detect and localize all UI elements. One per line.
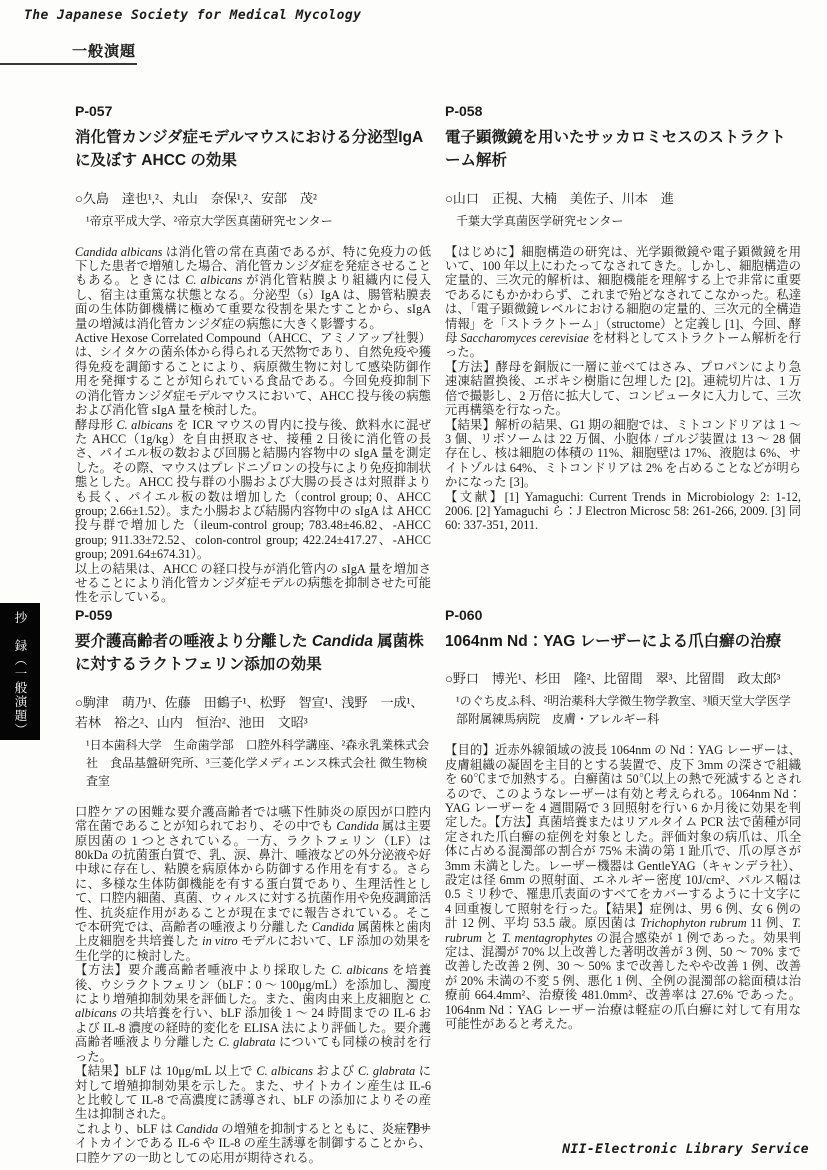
paragraph: 【文献】[1] Yamaguchi: Current Trends in Mic… [445, 490, 801, 533]
abstract-affiliation: ¹日本歯科大学 生命歯学部 口腔外科学講座、²森永乳業株式会社 食品基盤研究所、… [86, 736, 431, 790]
abstract-authors: ○駒津 萌乃¹、佐藤 田鶴子¹、松野 智宣¹、浅野 一成¹、若林 裕之²、山内 … [75, 693, 431, 733]
abstract-affiliation: 千葉大学真菌医学研究センター [456, 212, 801, 230]
abstract-body: Candida albicans は消化管の常在真菌であるが、特に免疫力の低下し… [75, 245, 431, 605]
paragraph: Candida albicans は消化管の常在真菌であるが、特に免疫力の低下し… [75, 245, 431, 331]
abstract-affiliation: ¹帝京平成大学、²帝京大学医真菌研究センター [86, 212, 431, 230]
abstract-p058: P-058 電子顕微鏡を用いたサッカロミセスのストラクトーム解析 ○山口 正視、… [445, 103, 801, 607]
abstract-body: 【はじめに】細胞構造の研究は、光学顕微鏡や電子顕微鏡を用いて、100 年以上にわ… [445, 245, 801, 533]
abstract-title: 消化管カンジダ症モデルマウスにおける分泌型IgA に及ぼす AHCC の効果 [75, 126, 431, 173]
abstract-title: 1064nm Nd：YAG レーザーによる爪白癬の治療 [445, 630, 801, 653]
sidebar-section-tab: 抄 録（一般演題） [0, 603, 40, 740]
running-title: The Japanese Society for Medical Mycolog… [24, 8, 361, 23]
paragraph: 【目的】近赤外線領域の波長 1064nm の Nd：YAG レーザーは、皮膚組織… [445, 743, 801, 1031]
abstract-authors: ○久島 達也¹,²、丸山 奈保¹,²、安部 茂² [75, 189, 431, 209]
abstract-id: P-057 [75, 103, 431, 119]
abstract-id: P-058 [445, 103, 801, 119]
paragraph: 【はじめに】細胞構造の研究は、光学顕微鏡や電子顕微鏡を用いて、100 年以上にわ… [445, 245, 801, 360]
paragraph: 口腔ケアの困難な要介護高齢者では嚥下性肺炎の原因が口腔内常在菌であることが知られ… [75, 805, 431, 963]
abstract-p057: P-057 消化管カンジダ症モデルマウスにおける分泌型IgA に及ぼす AHCC… [75, 103, 431, 607]
section-divider: 一般演題 [0, 42, 137, 65]
paragraph: 【方法】酵母を銅版に一層に並べてはさみ、プロパンにより急速凍結置換後、エポキシ樹… [445, 360, 801, 418]
abstract-grid: P-057 消化管カンジダ症モデルマウスにおける分泌型IgA に及ぼす AHCC… [75, 103, 801, 1165]
paragraph: 【方法】要介護高齢者唾液中より採取した C. albicans を培養後、ウシラ… [75, 963, 431, 1064]
paragraph: 以上の結果は、AHCC の経口投与が消化管内の sIgA 量を増加させることによ… [75, 562, 431, 605]
page-number: – 78 – [0, 1120, 827, 1136]
paragraph: 【結果】bLF は 10μg/mL 以上で C. albicans および C.… [75, 1064, 431, 1122]
section-label: 一般演題 [72, 40, 136, 61]
abstract-affiliation: ¹のぐち皮ふ科、²明治薬科大学微生物学教室、³順天堂大学医学部附属練馬病院 皮膚… [456, 692, 801, 728]
abstract-p060: P-060 1064nm Nd：YAG レーザーによる爪白癬の治療 ○野口 博光… [445, 607, 801, 1165]
document-page: The Japanese Society for Medical Mycolog… [0, 0, 827, 1170]
abstract-title: 要介護高齢者の唾液より分離した Candida 属菌株に対するラクトフェリン添加… [75, 630, 431, 677]
abstract-title: 電子顕微鏡を用いたサッカロミセスのストラクトーム解析 [445, 126, 801, 173]
paragraph: 【結果】解析の結果、G1 期の細胞では、ミトコンドリアは 1 〜 3 個、リボソ… [445, 418, 801, 490]
abstract-authors: ○山口 正視、大楠 美佐子、川本 進 [445, 189, 801, 209]
abstract-id: P-060 [445, 607, 801, 623]
library-service-label: NII-Electronic Library Service [562, 1142, 809, 1157]
abstract-id: P-059 [75, 607, 431, 623]
paragraph: 酵母形 C. albicans を ICR マウスの胃内に投与後、飲料水に混ぜた… [75, 418, 431, 562]
abstract-authors: ○野口 博光¹、杉田 隆²、比留間 翠³、比留間 政太郎³ [445, 669, 801, 689]
abstract-p059: P-059 要介護高齢者の唾液より分離した Candida 属菌株に対するラクト… [75, 607, 431, 1165]
abstract-body: 口腔ケアの困難な要介護高齢者では嚥下性肺炎の原因が口腔内常在菌であることが知られ… [75, 805, 431, 1165]
abstract-body: 【目的】近赤外線領域の波長 1064nm の Nd：YAG レーザーは、皮膚組織… [445, 743, 801, 1031]
paragraph: Active Hexose Correlated Compound（AHCC、ア… [75, 331, 431, 417]
